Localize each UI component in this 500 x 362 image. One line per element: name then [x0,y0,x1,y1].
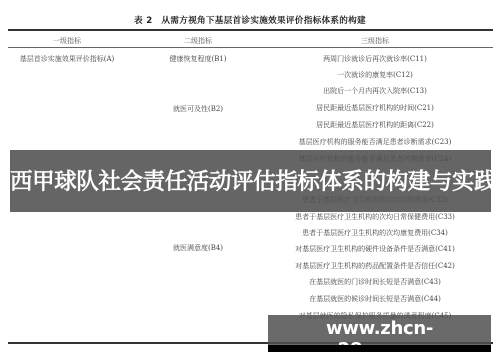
level3-cell: 居民距最近基层医疗机构的距离(C22) [316,120,434,130]
watermark-url: www.zhcn-ng28app.com [268,318,491,360]
watermark-box: www.zhcn-ng28app.com [268,315,491,345]
level3-cell: 出院后一个月内再次入院率(C13) [323,86,427,96]
level3-cell: 基层医疗机构的服务能否满足患者诊断需求(C23) [299,137,452,147]
level3-cell: 两周门诊就诊后再次就诊率(C11) [323,54,427,64]
table-caption: 表 2 从需方视角下基层首诊实施效果评价指标体系的构建 [0,14,500,26]
watermark-strip [268,345,491,352]
level3-cell: 居民距最近基层医疗机构的时间(C21) [316,103,434,113]
level3-cell: 在基层就医的候诊时间长短是否满意(C44) [309,294,441,304]
level3-cell: 患者于基层医疗卫生机构的次均康复费用(C34) [302,228,448,238]
level3-cell: 患者于基层医疗卫生机构的次均日常保健费用(C33) [295,212,455,222]
header-level3: 三级指标 [361,36,389,46]
level3-cell: 对基层医疗卫生机构的药品配置条件是否信任(C42) [295,261,455,271]
header-level2: 二级指标 [184,36,212,46]
level1-cell: 基层首诊实施效果评价指标(A) [20,54,115,64]
header-level1: 一级指标 [53,36,81,46]
level3-cell: 对基层医疗卫生机构的硬件设备条件是否满意(C41) [295,244,455,254]
level2-cell: 就医可及性(B2) [173,104,223,114]
title-banner: 西甲球队社会责任活动评估指标体系的构建与实践分析 [10,150,491,212]
level3-cell: 在基层就医的门诊时间长短是否满意(C43) [309,277,441,287]
level3-cell: 一次就诊的康复率(C12) [337,70,413,80]
table-top-rule [8,29,493,31]
banner-title: 西甲球队社会责任活动评估指标体系的构建与实践分析 [10,164,491,196]
level2-cell: 就医满意度(B4) [173,243,223,253]
level2-cell: 健康恢复程度(B1) [169,54,226,64]
table-header-rule [8,47,493,48]
